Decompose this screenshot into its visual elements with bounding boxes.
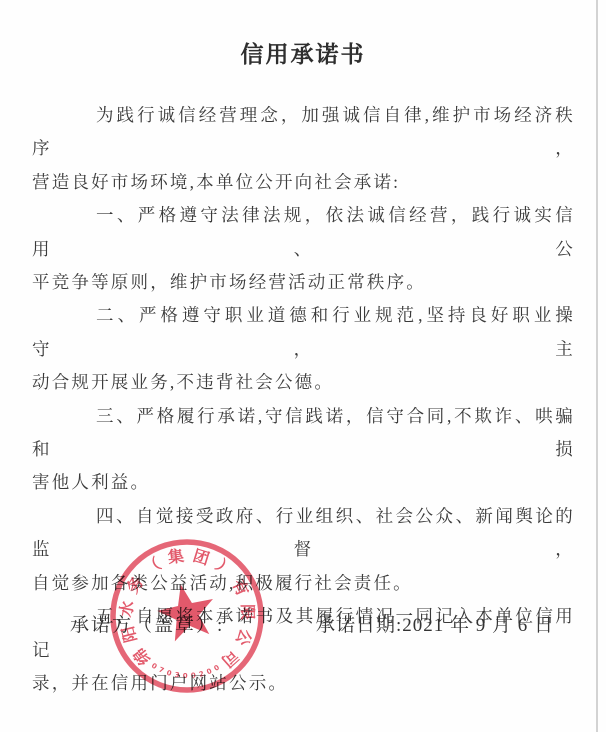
document-page: 信用承诺书 为践行诚信经营理念，加强诚信自律,维护市场经济秩序， 营造良好市场环… xyxy=(0,0,606,732)
body-line: 动合规开展业务,不违背社会公德。 xyxy=(32,366,575,399)
body-line: 为践行诚信经营理念，加强诚信自律,维护市场经济秩序， xyxy=(32,99,575,166)
company-seal-stamp: 绵阳水务（集团）有限公司 5107030020089 xyxy=(97,526,277,706)
body-line: 平竞争等原则，维护市场经营活动正常秩序。 xyxy=(32,266,575,299)
date-label: 承诺日期:2021 年 9 月 6 日 xyxy=(316,610,554,637)
body-line: 三、严格履行承诺,守信践诺，信守合同,不欺诈、哄骗和损 xyxy=(32,400,575,467)
body-line: 害他人利益。 xyxy=(32,466,575,499)
seal-star-icon xyxy=(153,579,220,644)
scan-edge-line xyxy=(596,0,598,732)
body-line: 二、严格遵守职业道德和行业规范,坚持良好职业操守，主 xyxy=(32,299,575,366)
body-line: 一、严格遵守法律法规，依法诚信经营，践行诚实信用、公 xyxy=(32,199,575,266)
document-title: 信用承诺书 xyxy=(0,36,606,69)
body-line: 营造良好市场环境,本单位公开向社会承诺: xyxy=(32,166,575,199)
